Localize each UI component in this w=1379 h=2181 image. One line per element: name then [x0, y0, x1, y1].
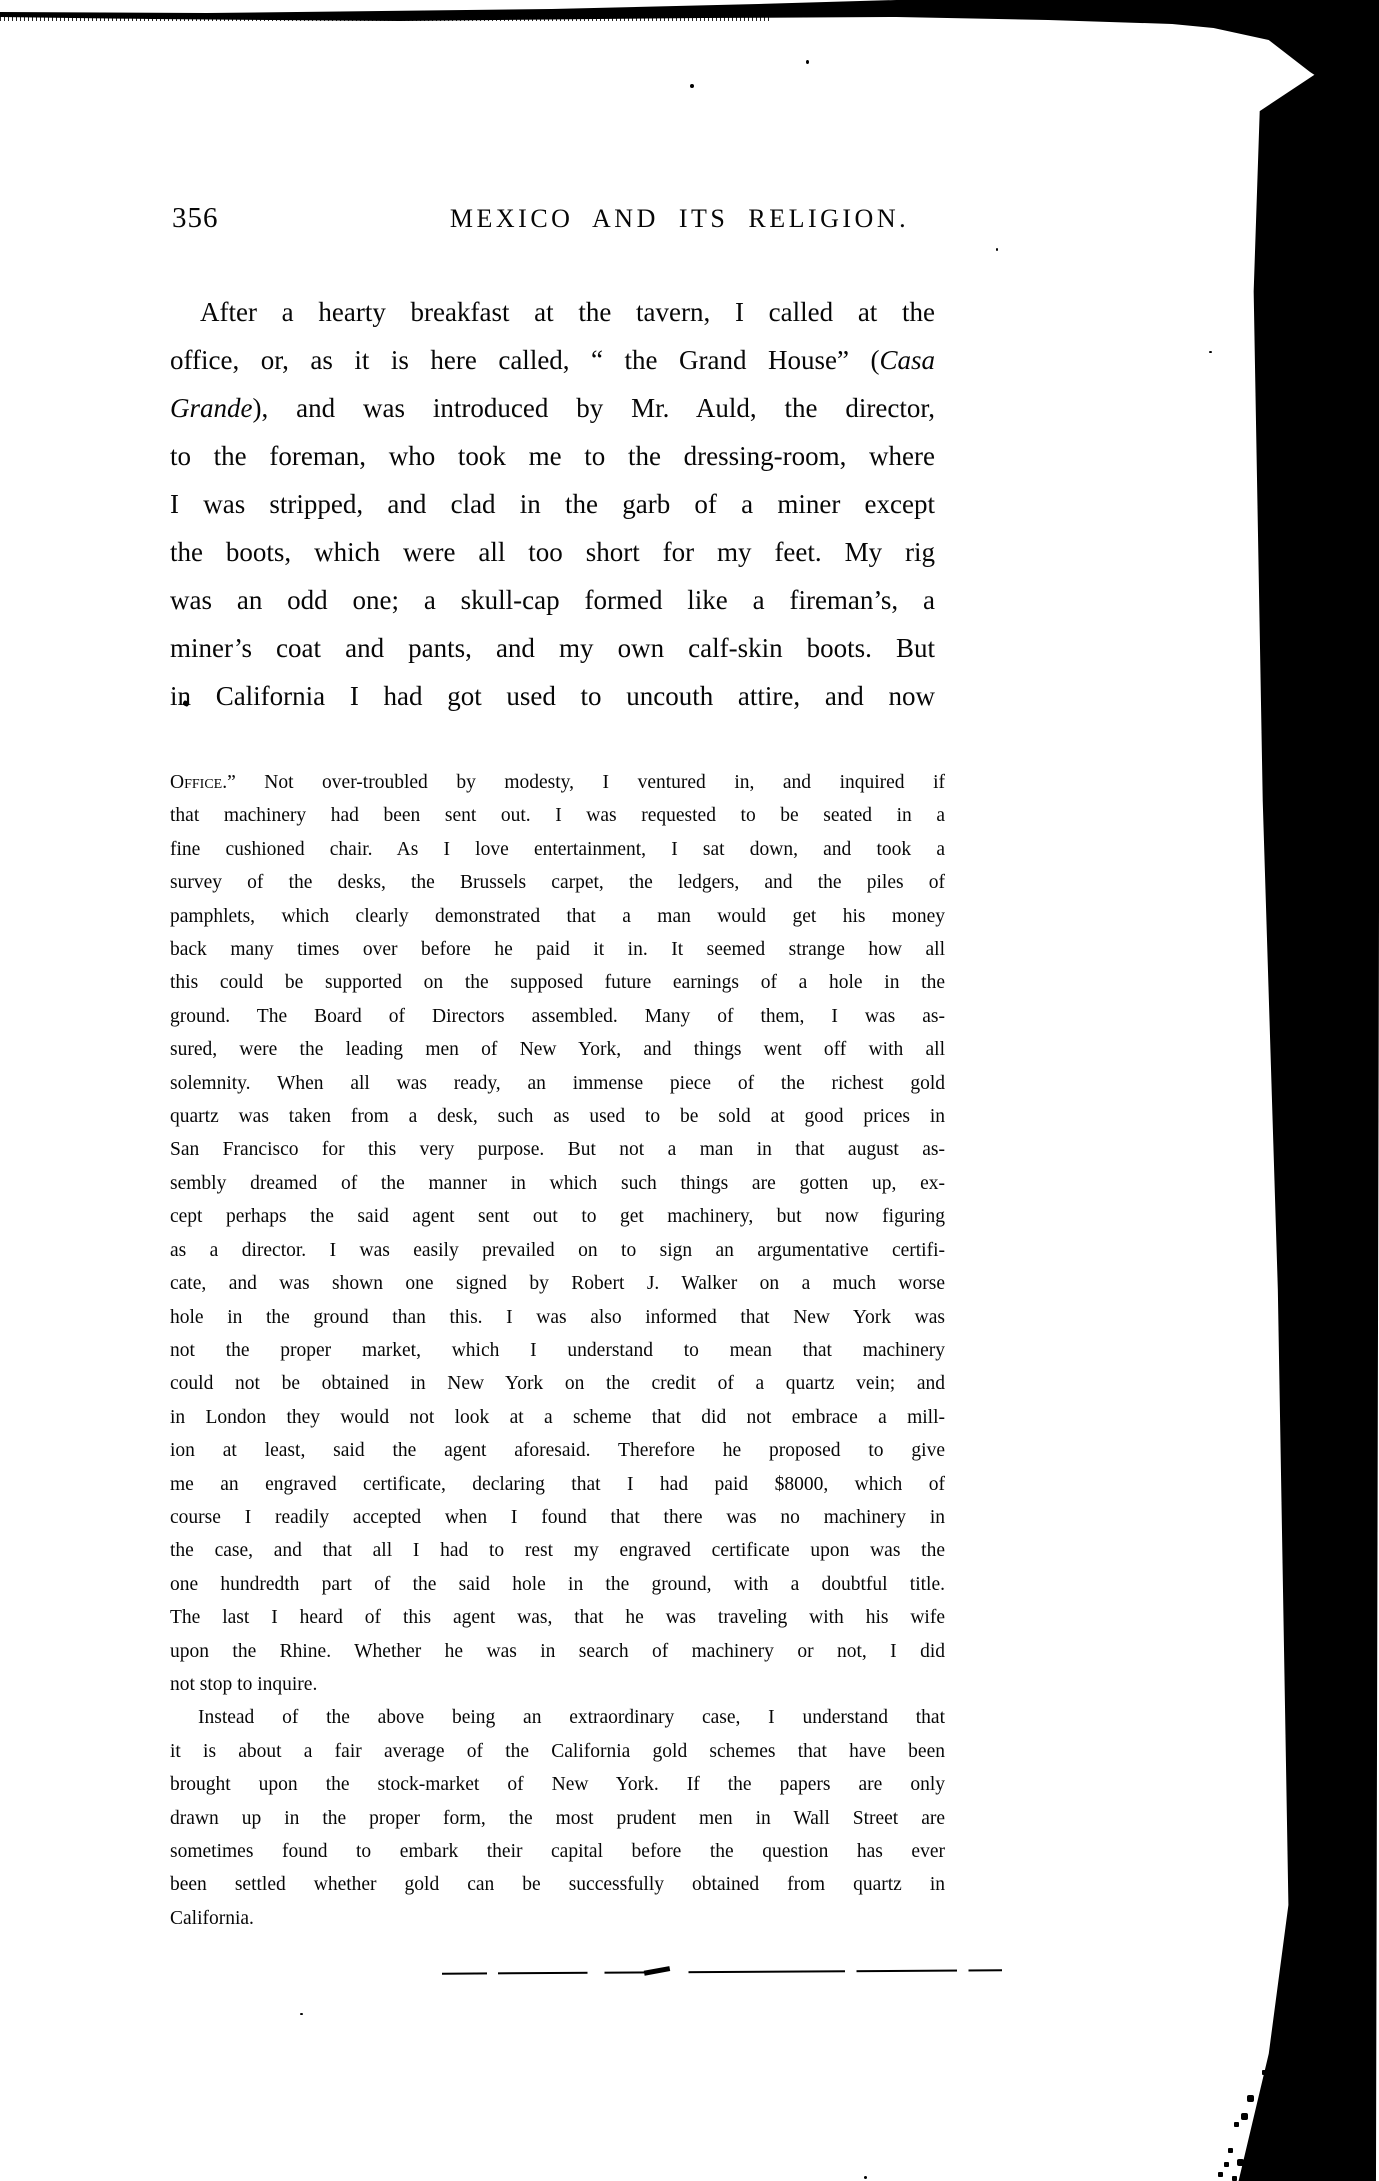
scan-speck — [806, 60, 809, 64]
text-line: California. — [170, 1902, 945, 1935]
text-line: sembly dreamed of the manner in which su… — [170, 1167, 945, 1200]
text-line: brought upon the stock-market of New Yor… — [170, 1768, 945, 1801]
text-line: this could be supported on the supposed … — [170, 966, 945, 999]
footnote-paragraph-1: Office.” Not over-troubled by modesty, I… — [170, 766, 945, 1701]
running-title: MEXICO AND ITS RELIGION. — [450, 202, 909, 236]
text-line: quartz was taken from a desk, such as us… — [170, 1100, 945, 1133]
text-line: After a hearty breakfast at the tavern, … — [170, 288, 935, 336]
text-line: upon the Rhine. Whether he was in search… — [170, 1635, 945, 1668]
text-line: solemnity. When all was ready, an immens… — [170, 1067, 945, 1100]
scan-speck — [300, 2013, 303, 2015]
text-line: in London they would not look at a schem… — [170, 1401, 945, 1434]
text-column: 356 MEXICO AND ITS RELIGION. After a hea… — [170, 200, 945, 1973]
page-header: 356 MEXICO AND ITS RELIGION. — [170, 200, 945, 236]
text-line: San Francisco for this very purpose. But… — [170, 1133, 945, 1166]
text-line: not stop to inquire. — [170, 1668, 945, 1701]
text-line: sometimes found to embark their capital … — [170, 1835, 945, 1868]
text-line: cate, and was shown one signed by Robert… — [170, 1267, 945, 1300]
text-line: fine cushioned chair. As I love entertai… — [170, 833, 945, 866]
scan-artifact-right-edge — [1228, 58, 1379, 2181]
text-line: not the proper market, which I understan… — [170, 1334, 945, 1367]
text-line: the boots, which were all too short for … — [170, 528, 935, 576]
text-line: been settled whether gold can be success… — [170, 1868, 945, 1901]
text-line: hole in the ground than this. I was also… — [170, 1301, 945, 1334]
text-line: ion at least, said the agent aforesaid. … — [170, 1434, 945, 1467]
text-line: drawn up in the proper form, the most pr… — [170, 1802, 945, 1835]
scanned-book-page: 356 MEXICO AND ITS RELIGION. After a hea… — [0, 0, 1379, 2181]
text-line: I was stripped, and clad in the garb of … — [170, 480, 935, 528]
text-line: course I readily accepted when I found t… — [170, 1501, 945, 1534]
text-line: the case, and that all I had to rest my … — [170, 1534, 945, 1567]
text-line: survey of the desks, the Brussels carpet… — [170, 866, 945, 899]
text-line: in California I had got used to uncouth … — [170, 672, 935, 720]
text-line: office, or, as it is here called, “ the … — [170, 336, 935, 384]
text-line: as a director. I was easily prevailed on… — [170, 1234, 945, 1267]
text-line: it is about a fair average of the Califo… — [170, 1735, 945, 1768]
scan-speck — [864, 2176, 867, 2179]
text-line: that machinery had been sent out. I was … — [170, 799, 945, 832]
text-line: Instead of the above being an extraordin… — [170, 1701, 945, 1734]
text-line: to the foreman, who took me to the dress… — [170, 432, 935, 480]
main-paragraph: After a hearty breakfast at the tavern, … — [170, 288, 945, 720]
text-line: miner’s coat and pants, and my own calf-… — [170, 624, 935, 672]
text-line: pamphlets, which clearly demonstrated th… — [170, 900, 945, 933]
page-number: 356 — [172, 200, 219, 236]
scan-speck — [690, 84, 694, 88]
text-line: one hundredth part of the said hole in t… — [170, 1568, 945, 1601]
text-line: sured, were the leading men of New York,… — [170, 1033, 945, 1066]
text-line: was an odd one; a skull-cap formed like … — [170, 576, 935, 624]
scan-smudge — [1262, 2070, 1267, 2075]
text-line: cept perhaps the said agent sent out to … — [170, 1200, 945, 1233]
scan-speck — [1209, 351, 1212, 353]
text-line: me an engraved certificate, declaring th… — [170, 1468, 945, 1501]
text-line: The last I heard of this agent was, that… — [170, 1601, 945, 1634]
text-line: Grande), and was introduced by Mr. Auld,… — [170, 384, 935, 432]
text-line: back many times over before he paid it i… — [170, 933, 945, 966]
text-line: ground. The Board of Directors assembled… — [170, 1000, 945, 1033]
text-line: Office.” Not over-troubled by modesty, I… — [170, 766, 945, 799]
scan-speck — [996, 248, 998, 251]
scan-artifact-top-fringe — [0, 15, 772, 21]
text-line: could not be obtained in New York on the… — [170, 1367, 945, 1400]
footnote-end-rule — [442, 1970, 1002, 1975]
footnote-paragraph-2: Instead of the above being an extraordin… — [170, 1701, 945, 1935]
